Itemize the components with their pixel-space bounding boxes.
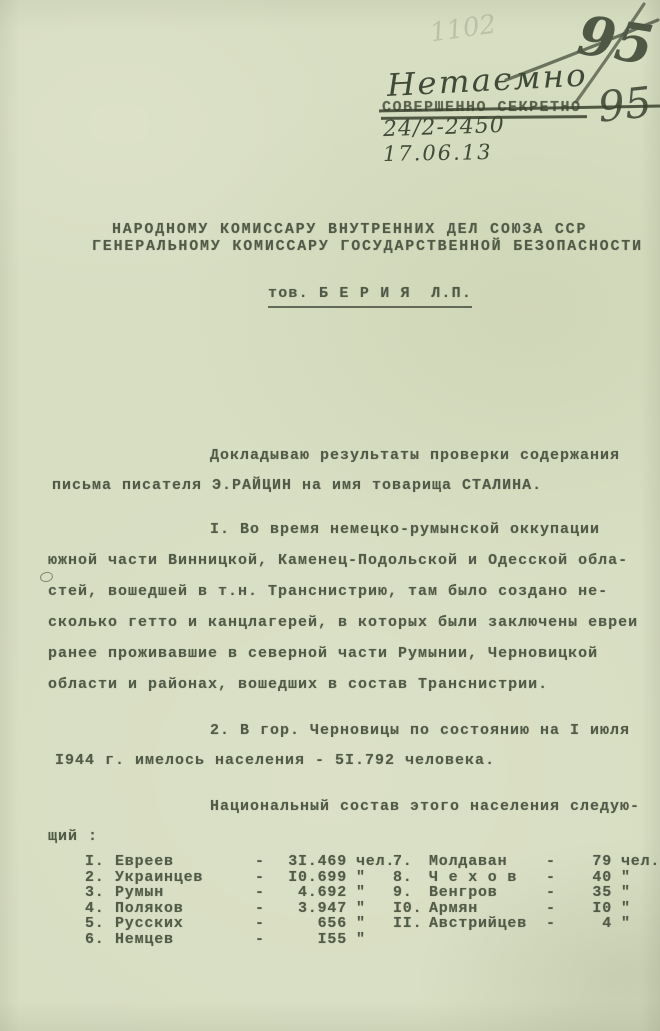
table-row: II.Австрийцев-4" [393, 915, 660, 931]
table-cell-name: Немцев [115, 931, 255, 948]
table-row: 5.Русских-656" [85, 915, 395, 931]
ref-number: 24/2-2450 [383, 113, 506, 142]
table-cell-unit: чел. [621, 853, 660, 870]
table-cell-unit: " [621, 884, 631, 901]
table-cell-val: I0 [562, 900, 612, 917]
addressee-line: тов. Б Е Р И Я Л.П. [268, 285, 472, 308]
table-row: 9.Венгров-35" [393, 884, 660, 900]
population-table-right: 7.Молдаван-79чел.8.Ч е х о в-40"9.Венгро… [393, 853, 660, 931]
table-cell-dash: - [546, 853, 562, 870]
table-row: 6.Немцев-I55" [85, 931, 395, 947]
table-cell-dash: - [546, 884, 562, 901]
faint-pencil-mark: 1102 [428, 10, 498, 49]
table-cell-dash: - [255, 853, 269, 870]
para2-line: сколько гетто и канцлагерей, в которых б… [48, 614, 638, 631]
declassified-annotation: Нетаємно [386, 57, 589, 103]
table-cell-dash: - [546, 915, 562, 932]
para2-line: I. Во время немецко-румынской оккупации [210, 521, 600, 538]
table-cell-dash: - [255, 900, 269, 917]
table-cell-name: Украинцев [115, 869, 255, 886]
table-cell-dash: - [546, 900, 562, 917]
para2-line: области и районах, вошедших в состав Тра… [48, 676, 548, 693]
table-cell-num: 5. [85, 915, 115, 932]
table-row: 8.Ч е х о в-40" [393, 869, 660, 885]
table-row: 3.Румын-4.692" [85, 884, 395, 900]
table-row: 7.Молдаван-79чел. [393, 853, 660, 869]
table-cell-name: Молдаван [429, 853, 546, 870]
table-cell-name: Русских [115, 915, 255, 932]
table-row: I.Евреев-3I.469чел. [85, 853, 395, 869]
table-cell-num: 3. [85, 884, 115, 901]
para2-line: стей, вошедшей в т.н. Транснистрию, там … [48, 583, 608, 600]
table-cell-name: Поляков [115, 900, 255, 917]
table-cell-dash: - [255, 931, 269, 948]
para1-line: Докладываю результаты проверки содержани… [210, 447, 620, 464]
table-cell-val: I55 [269, 931, 347, 948]
table-cell-val: 4.692 [269, 884, 347, 901]
table-cell-val: 3I.469 [269, 853, 347, 870]
table-cell-unit: " [621, 915, 631, 932]
para3-line: I944 г. имелось населения - 5I.792 челов… [55, 752, 495, 769]
para3-line: 2. В гор. Черновицы по состоянию на I ию… [210, 722, 630, 739]
table-cell-val: 3.947 [269, 900, 347, 917]
table-cell-num: 9. [393, 884, 429, 901]
table-cell-name: Ч е х о в [429, 869, 546, 886]
table-cell-num: I0. [393, 900, 429, 917]
table-cell-name: Австрийцев [429, 915, 546, 932]
table-cell-dash: - [255, 915, 269, 932]
table-cell-val: 4 [562, 915, 612, 932]
table-row: 2.Украинцев-I0.699" [85, 869, 395, 885]
para4-line: щий : [48, 828, 98, 845]
ref-date: 17.06.13 [383, 140, 493, 166]
header-line-1: НАРОДНОМУ КОМИССАРУ ВНУТРЕННИХ ДЕЛ СОЮЗА… [112, 221, 587, 238]
table-cell-num: 8. [393, 869, 429, 886]
table-cell-unit: " [356, 915, 366, 932]
table-row: I0.Армян-I0" [393, 900, 660, 916]
table-cell-name: Евреев [115, 853, 255, 870]
table-cell-dash: - [255, 869, 269, 886]
table-cell-num: 4. [85, 900, 115, 917]
table-cell-unit: " [356, 884, 366, 901]
para2-line: южной части Винницкой, Каменец-Подольско… [48, 552, 628, 569]
para1-line: письма писателя Э.РАЙЦИН на имя товарища… [52, 477, 542, 494]
table-cell-num: 2. [85, 869, 115, 886]
table-cell-val: 40 [562, 869, 612, 886]
table-cell-name: Румын [115, 884, 255, 901]
ink-smudge [39, 571, 54, 583]
table-cell-num: II. [393, 915, 429, 932]
table-cell-dash: - [546, 869, 562, 886]
header-line-2: ГЕНЕРАЛЬНОМУ КОМИССАРУ ГОСУДАРСТВЕННОЙ Б… [92, 238, 643, 255]
table-cell-val: I0.699 [269, 869, 347, 886]
table-cell-val: 656 [269, 915, 347, 932]
table-cell-num: 7. [393, 853, 429, 870]
table-cell-name: Венгров [429, 884, 546, 901]
table-cell-val: 79 [562, 853, 612, 870]
table-cell-val: 35 [562, 884, 612, 901]
document-page: 1102 95 95 Нетаємно СОВЕРШЕННО СЕКРЕТНО … [0, 0, 660, 1031]
population-table-left: I.Евреев-3I.469чел.2.Украинцев-I0.699"3.… [85, 853, 395, 947]
para4-line: Национальный состав этого населения след… [210, 798, 640, 815]
table-cell-unit: " [356, 931, 366, 948]
table-row: 4.Поляков-3.947" [85, 900, 395, 916]
para2-line: ранее проживавшие в северной части Румын… [48, 645, 598, 662]
table-cell-unit: чел. [356, 853, 395, 870]
table-cell-num: 6. [85, 931, 115, 948]
table-cell-num: I. [85, 853, 115, 870]
table-cell-dash: - [255, 884, 269, 901]
